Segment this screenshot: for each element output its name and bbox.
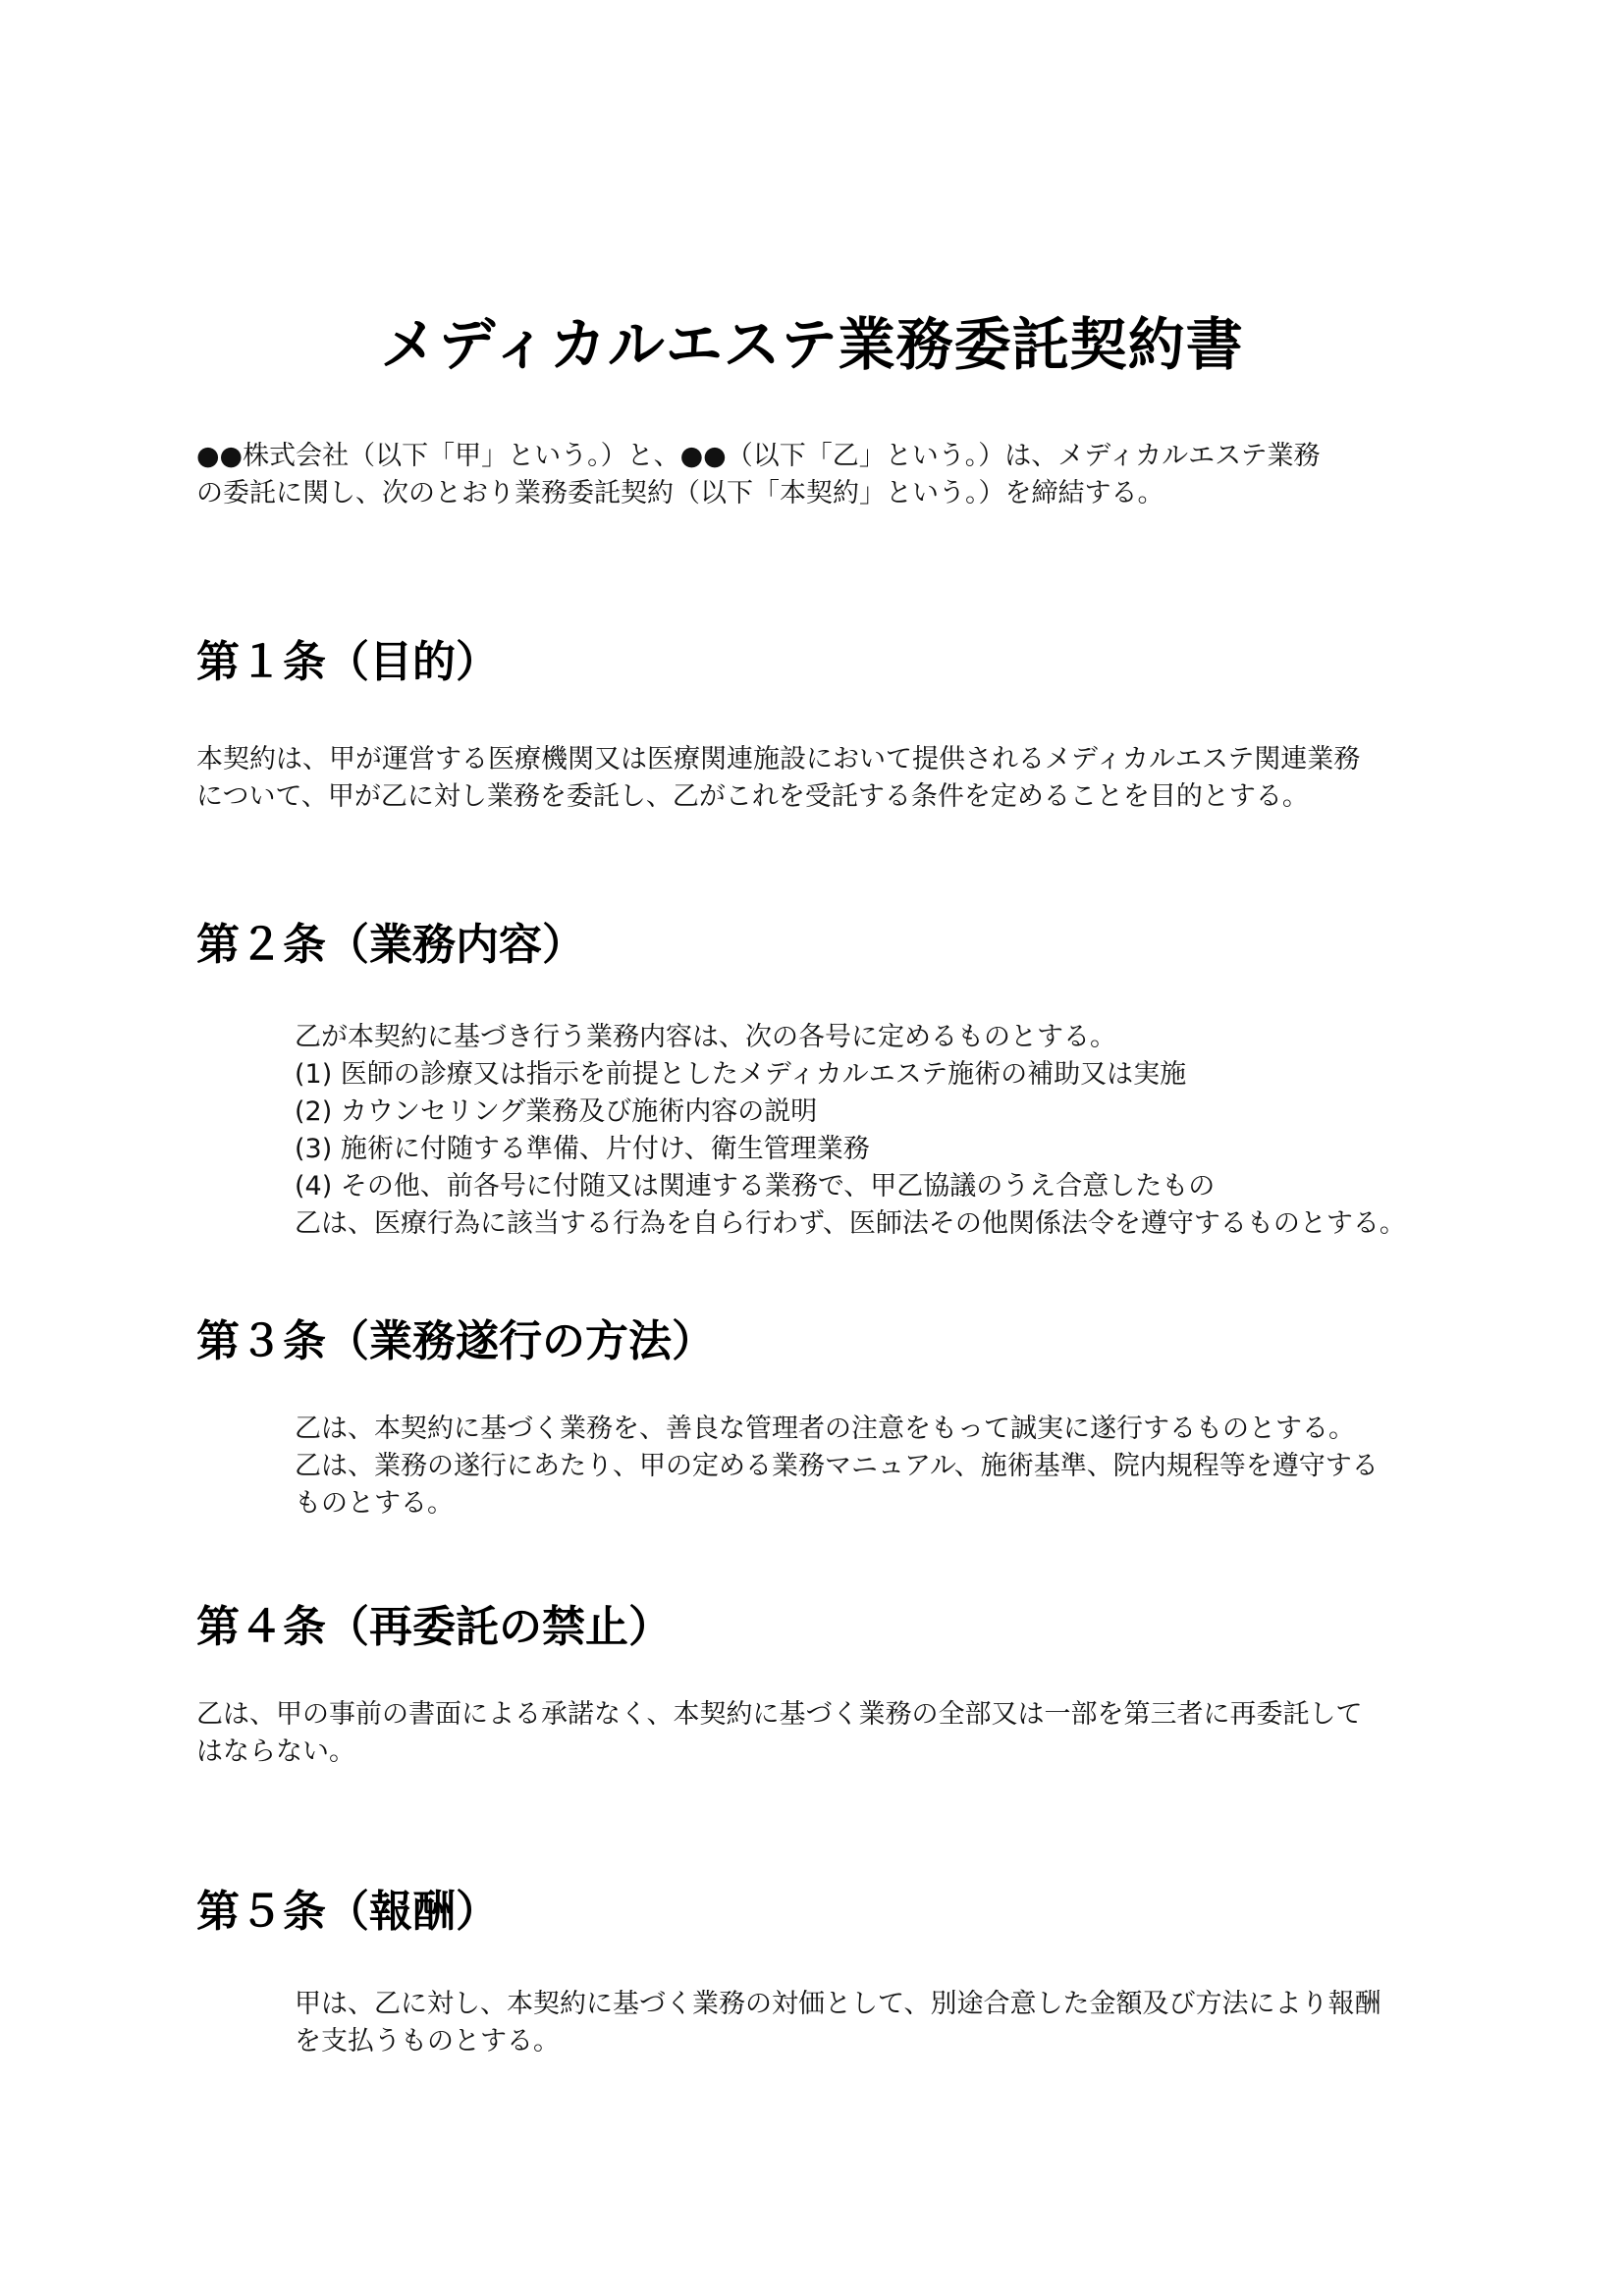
preamble: ●●株式会社（以下「甲」という。）と、●●（以下「乙」という。）は、メディカルエ… [196,438,1434,512]
contract-page: メディカルエステ業務委託契約書 ●●株式会社（以下「甲」という。）と、●●（以下… [0,0,1624,2296]
article-1: 第１条（目的） 本契約は、甲が運営する医療機関又は医療関連施設において提供される… [196,633,1473,816]
article-line: 甲は、乙に対し、本契約に基づく業務の対価として、別途合意した金額及び方法により報… [295,1986,1473,2023]
article-body: 乙は、甲の事前の書面による承諾なく、本契約に基づく業務の全部又は一部を第三者に再… [196,1696,1473,1771]
article-body: 本契約は、甲が運営する医療機関又は医療関連施設において提供されるメディカルエステ… [196,741,1473,816]
preamble-line: ●●株式会社（以下「甲」という。）と、●●（以下「乙」という。）は、メディカルエ… [196,438,1434,475]
article-body: 甲は、乙に対し、本契約に基づく業務の対価として、別途合意した金額及び方法により報… [196,1986,1473,2060]
list-item: (2) カウンセリング業務及び施術内容の説明 [295,1094,1473,1131]
article-body: 乙は、本契約に基づく業務を、善良な管理者の注意をもって誠実に遂行するものとする。… [196,1411,1473,1522]
document-title: メディカルエステ業務委託契約書 [0,305,1624,384]
preamble-line: の委託に関し、次のとおり業務委託契約（以下「本契約」という。）を締結する。 [196,475,1434,512]
article-line: 乙が本契約に基づき行う業務内容は、次の各号に定めるものとする。 [295,1019,1473,1056]
article-heading: 第４条（再委託の禁止） [196,1598,1473,1657]
list-item: (3) 施術に付随する準備、片付け、衛生管理業務 [295,1131,1473,1168]
article-heading: 第３条（業務遂行の方法） [196,1312,1473,1371]
article-line: 乙は、甲の事前の書面による承諾なく、本契約に基づく業務の全部又は一部を第三者に再… [196,1696,1473,1734]
article-2: 第２条（業務内容） 乙が本契約に基づき行う業務内容は、次の各号に定めるものとする… [196,916,1473,1243]
article-3: 第３条（業務遂行の方法） 乙は、本契約に基づく業務を、善良な管理者の注意をもって… [196,1312,1473,1522]
article-body: 乙が本契約に基づき行う業務内容は、次の各号に定めるものとする。 (1) 医師の診… [196,1019,1473,1243]
article-line: について、甲が乙に対し業務を委託し、乙がこれを受託する条件を定めることを目的とす… [196,778,1473,816]
article-line: 本契約は、甲が運営する医療機関又は医療関連施設において提供されるメディカルエステ… [196,741,1473,778]
article-heading: 第２条（業務内容） [196,916,1473,975]
article-heading: 第１条（目的） [196,633,1473,692]
article-line: はならない。 [196,1734,1473,1771]
list-item: (4) その他、前各号に付随又は関連する業務で、甲乙協議のうえ合意したもの [295,1168,1473,1205]
article-line: を支払うものとする。 [295,2023,1473,2060]
article-line: 乙は、本契約に基づく業務を、善良な管理者の注意をもって誠実に遂行するものとする。 [295,1411,1473,1448]
list-item: (1) 医師の診療又は指示を前提としたメディカルエステ施術の補助又は実施 [295,1056,1473,1094]
article-line: 乙は、業務の遂行にあたり、甲の定める業務マニュアル、施術基準、院内規程等を遵守す… [295,1448,1473,1485]
article-line: ものとする。 [295,1485,1473,1522]
article-heading: 第５条（報酬） [196,1883,1473,1942]
article-line: 乙は、医療行為に該当する行為を自ら行わず、医師法その他関係法令を遵守するものとす… [295,1205,1473,1243]
article-5: 第５条（報酬） 甲は、乙に対し、本契約に基づく業務の対価として、別途合意した金額… [196,1883,1473,2060]
article-4: 第４条（再委託の禁止） 乙は、甲の事前の書面による承諾なく、本契約に基づく業務の… [196,1598,1473,1771]
